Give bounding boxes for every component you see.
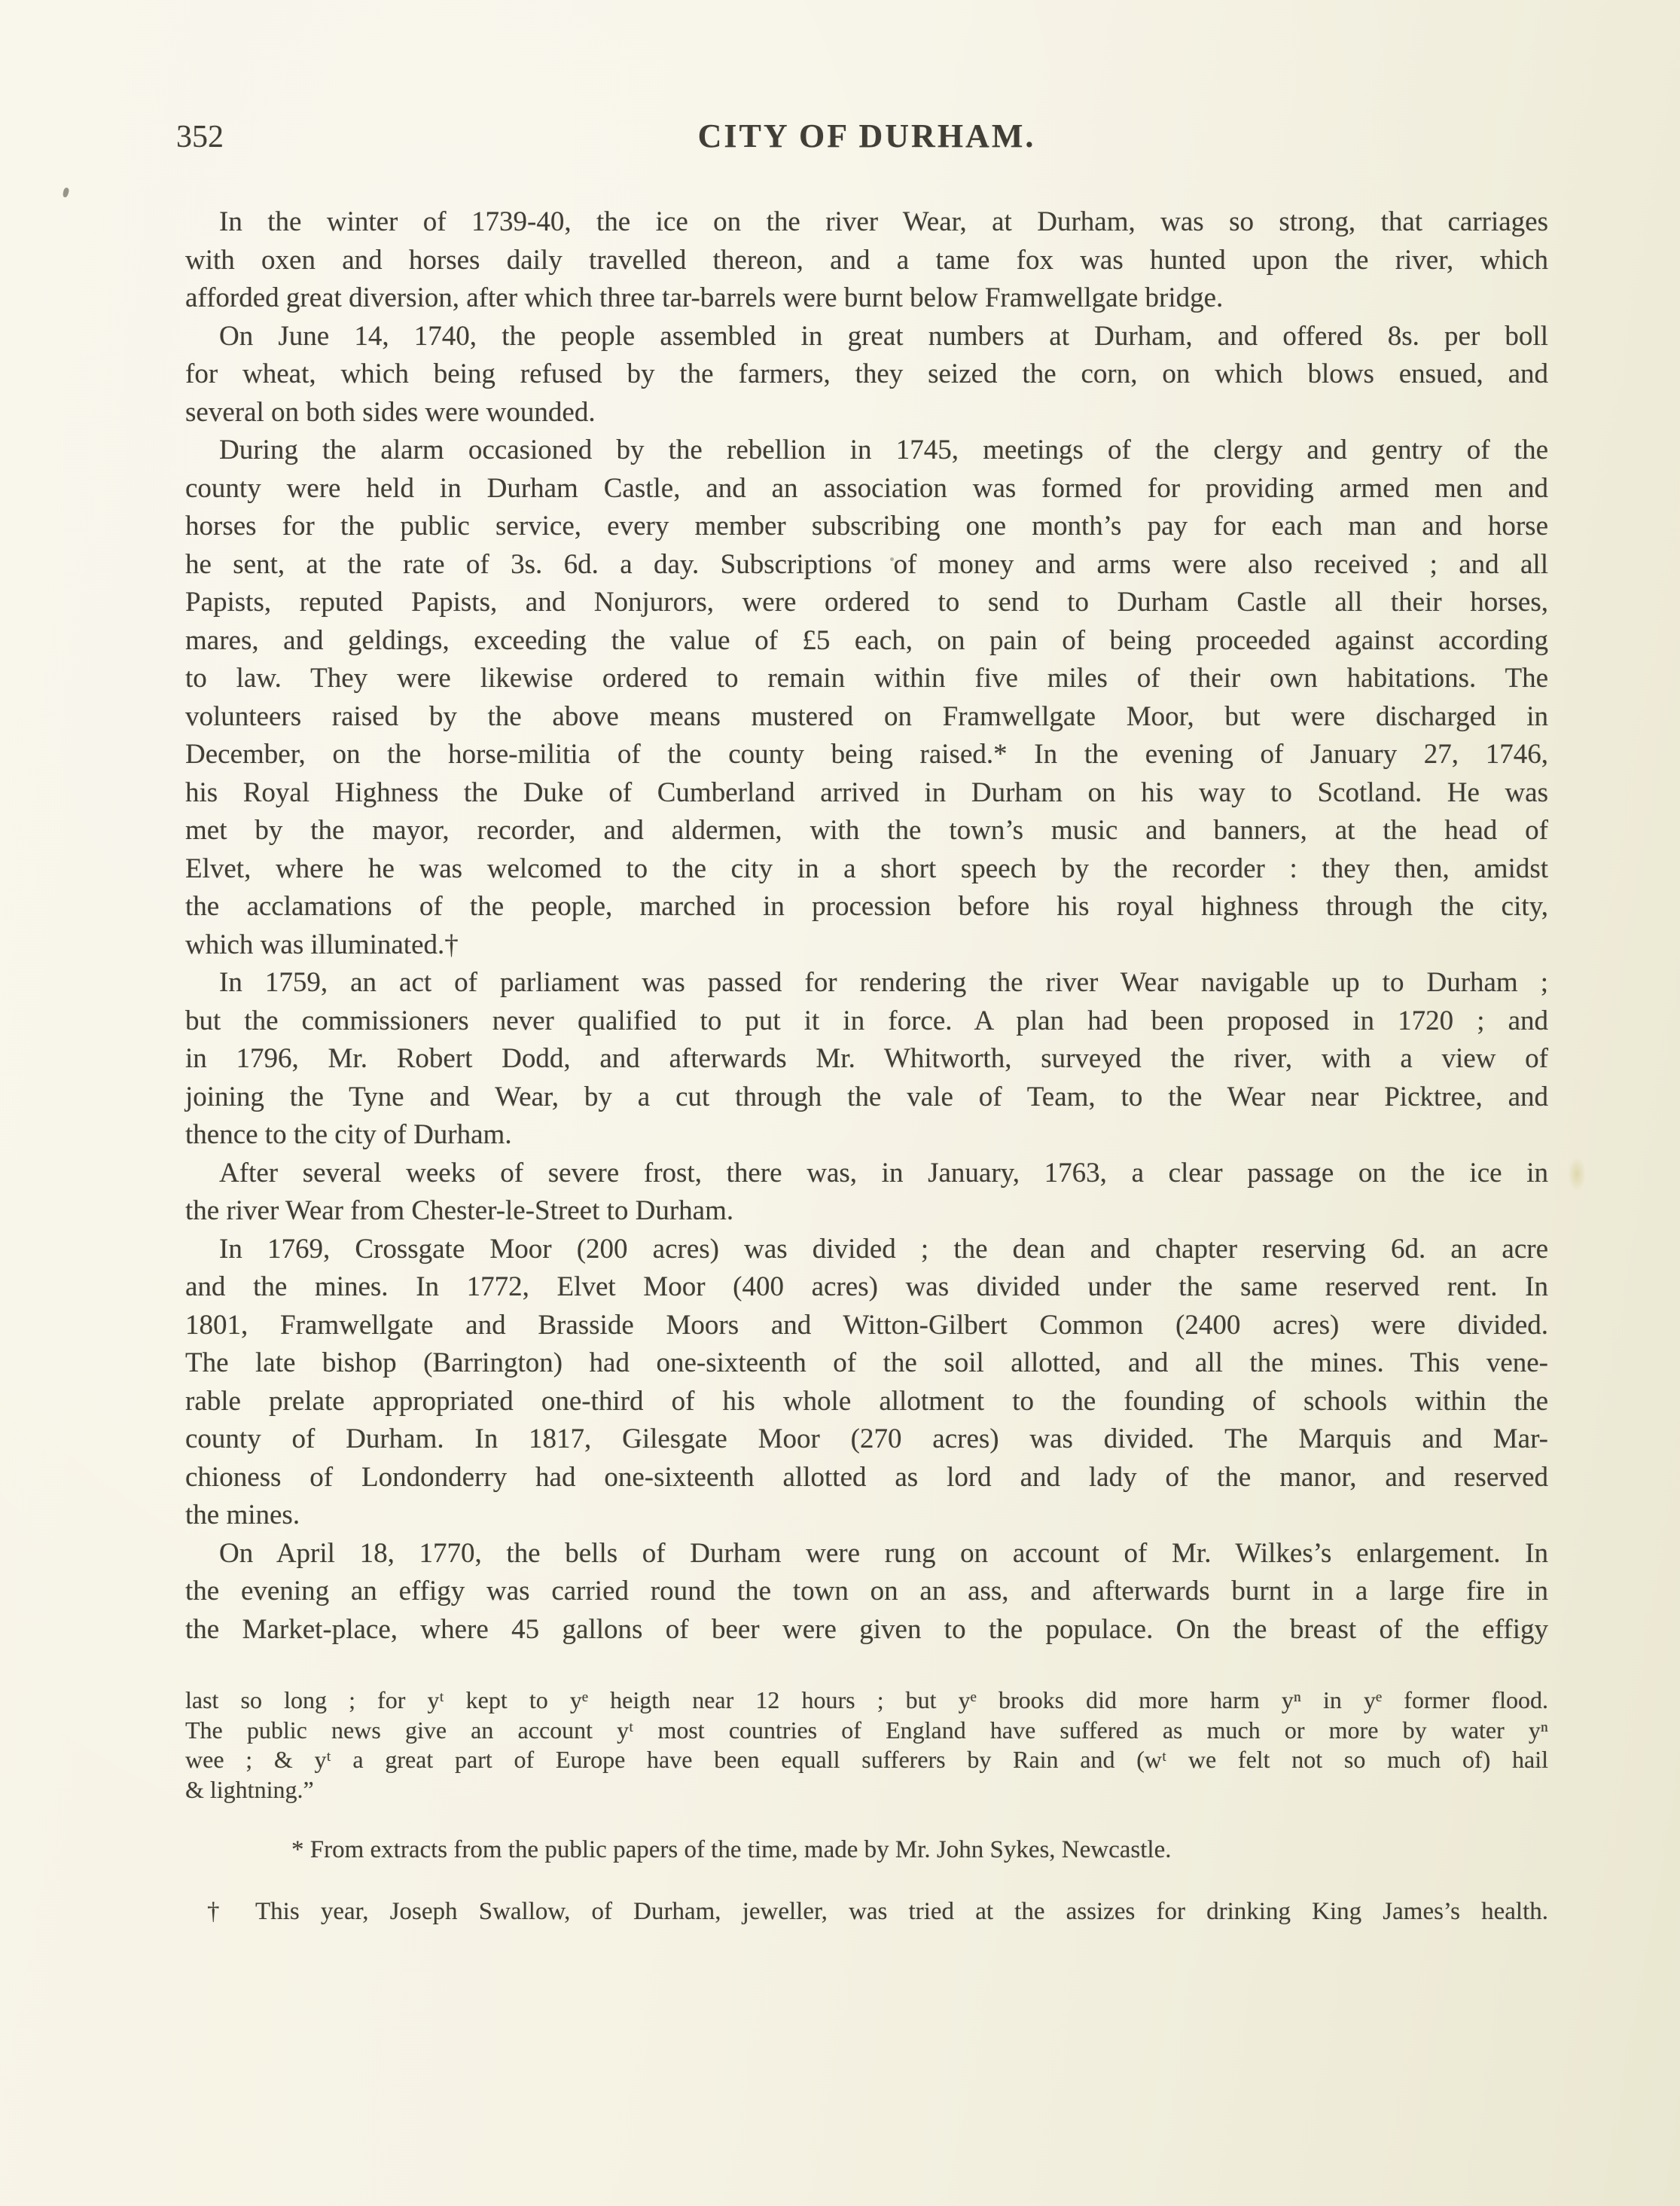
- body-line: joining the Tyne and Wear, by a cut thro…: [185, 1079, 1548, 1117]
- body-line: in 1796, Mr. Robert Dodd, and afterwards…: [185, 1040, 1548, 1079]
- body-line: rable prelate appropriated one-third of …: [185, 1383, 1548, 1421]
- body-line: he sent, at the rate of 3s. 6d. a day. S…: [185, 546, 1548, 584]
- body-line: The late bishop (Barrington) had one-six…: [185, 1344, 1548, 1383]
- footnote-continuation-line: & lightning.”: [185, 1775, 1548, 1805]
- body-line: December, on the horse-militia of the co…: [185, 736, 1548, 774]
- body-line: In 1759, an act of parliament was passed…: [185, 964, 1548, 1002]
- body-line: the river Wear from Chester-le-Street to…: [185, 1192, 1548, 1231]
- body-line: the Market-place, where 45 gallons of be…: [185, 1611, 1548, 1649]
- body-line: county of Durham. In 1817, Gilesgate Moo…: [185, 1420, 1548, 1459]
- footnote-continuation-line: last so long ; for yᵗ kept to yᵉ heigth …: [185, 1686, 1548, 1716]
- body-line: chioness of Londonderry had one-sixteent…: [185, 1459, 1548, 1497]
- body-line: In the winter of 1739-40, the ice on the…: [185, 203, 1548, 242]
- footnote-continuation-line: wee ; & yᵗ a great part of Europe have b…: [185, 1745, 1548, 1775]
- body-line: the evening an effigy was carried round …: [185, 1573, 1548, 1611]
- footnote-asterisk: * From extracts from the public papers o…: [185, 1835, 1548, 1865]
- body-line: In 1769, Crossgate Moor (200 acres) was …: [185, 1231, 1548, 1269]
- body-line: 1801, Framwellgate and Brasside Moors an…: [185, 1307, 1548, 1345]
- paper-speck: [63, 187, 70, 197]
- body-line: to law. They were likewise ordered to re…: [185, 660, 1548, 698]
- body-line: the mines.: [185, 1497, 1548, 1535]
- footnote-continuation: last so long ; for yᵗ kept to yᵉ heigth …: [185, 1686, 1548, 1805]
- body-line: the acclamations of the people, marched …: [185, 888, 1548, 926]
- body-line: met by the mayor, recorder, and aldermen…: [185, 812, 1548, 850]
- body-line: with oxen and horses daily travelled the…: [185, 242, 1548, 280]
- body-line: During the alarm occasioned by the rebel…: [185, 432, 1548, 470]
- footnote-continuation-line: The public news give an account yᵗ most …: [185, 1716, 1548, 1746]
- body-line: afforded great diversion, after which th…: [185, 279, 1548, 318]
- page-header-title: CITY OF DURHAM.: [185, 120, 1548, 153]
- body-line: which was illuminated.†: [185, 926, 1548, 965]
- body-line: On April 18, 1770, the bells of Durham w…: [185, 1535, 1548, 1573]
- body-text: In the winter of 1739-40, the ice on the…: [185, 203, 1548, 1649]
- body-line: On June 14, 1740, the people assembled i…: [185, 318, 1548, 356]
- body-line: Papists, reputed Papists, and Nonjurors,…: [185, 584, 1548, 622]
- book-page: 352 CITY OF DURHAM. In the winter of 173…: [0, 0, 1680, 2206]
- body-line: several on both sides were wounded.: [185, 394, 1548, 432]
- body-line: horses for the public service, every mem…: [185, 508, 1548, 546]
- body-line: After several weeks of severe frost, the…: [185, 1155, 1548, 1193]
- body-line: for wheat, which being refused by the fa…: [185, 355, 1548, 394]
- body-line: mares, and geldings, exceeding the value…: [185, 622, 1548, 661]
- footnote-dagger: † This year, Joseph Swallow, of Durham, …: [185, 1896, 1548, 1927]
- body-line: but the commissioners never qualified to…: [185, 1002, 1548, 1041]
- body-line: volunteers raised by the above means mus…: [185, 698, 1548, 737]
- body-line: his Royal Highness the Duke of Cumberlan…: [185, 774, 1548, 813]
- paper-stain: [1568, 1157, 1586, 1191]
- body-line: Elvet, where he was welcomed to the city…: [185, 850, 1548, 889]
- body-line: and the mines. In 1772, Elvet Moor (400 …: [185, 1268, 1548, 1307]
- body-line: county were held in Durham Castle, and a…: [185, 470, 1548, 508]
- body-line: thence to the city of Durham.: [185, 1116, 1548, 1155]
